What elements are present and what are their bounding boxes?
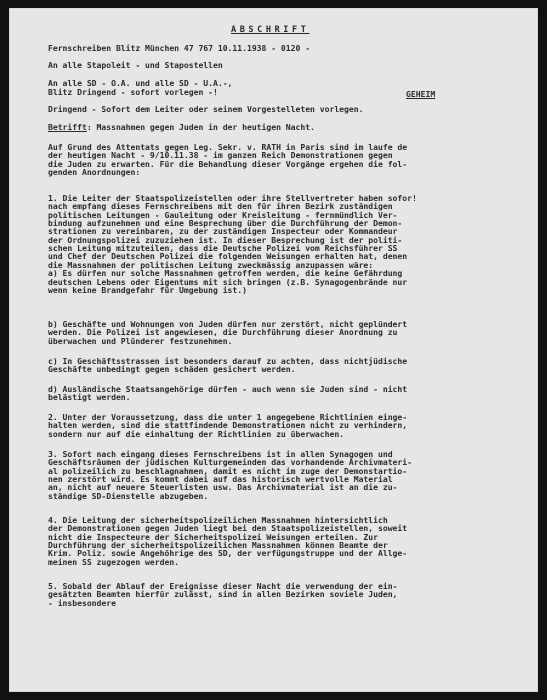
paragraph-4-line: meinen SS zugezogen werden. <box>48 557 179 567</box>
paragraph-b-line: überwachen und Plünderer festzunehmen. <box>48 336 232 346</box>
classification-stamp: GEHEIM <box>406 89 435 99</box>
paragraph-c-line: Geschäfte unbedingt gegen schäden gesich… <box>48 364 296 374</box>
document-title: ABSCHRIFT <box>231 25 309 35</box>
paragraph-d-line: belästigt werden. <box>48 392 131 402</box>
paragraph-3-line: ständige SD-Dienstelle abzugeben. <box>48 491 208 501</box>
subject-line: Betrifft: Massnahmen gegen Juden in der … <box>48 122 315 132</box>
paragraph-2-line: sondern nur auf die einhaltung der Richt… <box>48 429 344 439</box>
subject-label: Betrifft <box>48 122 87 132</box>
paragraph-5-line: - insbesondere <box>48 598 116 608</box>
subject-text: : Massnahmen gegen Juden in der heutigen… <box>87 122 315 132</box>
document-page: ABSCHRIFT GEHEIM Fernschreiben Blitz Mün… <box>9 8 538 692</box>
header-line: Dringend - Sofort dem Leiter oder seinem… <box>48 104 363 114</box>
paragraph-1-line: wenn keine Brandgefahr für Umgebung ist.… <box>48 285 247 295</box>
header-line: Blitz Dringend - sofort vorlegen -! <box>48 87 218 97</box>
header-line: Fernschreiben Blitz München 47 767 10.11… <box>48 43 310 53</box>
intro-line: genden Anordnungen: <box>48 167 140 177</box>
header-line: An alle Stapoleit - und Stapostellen <box>48 60 223 70</box>
